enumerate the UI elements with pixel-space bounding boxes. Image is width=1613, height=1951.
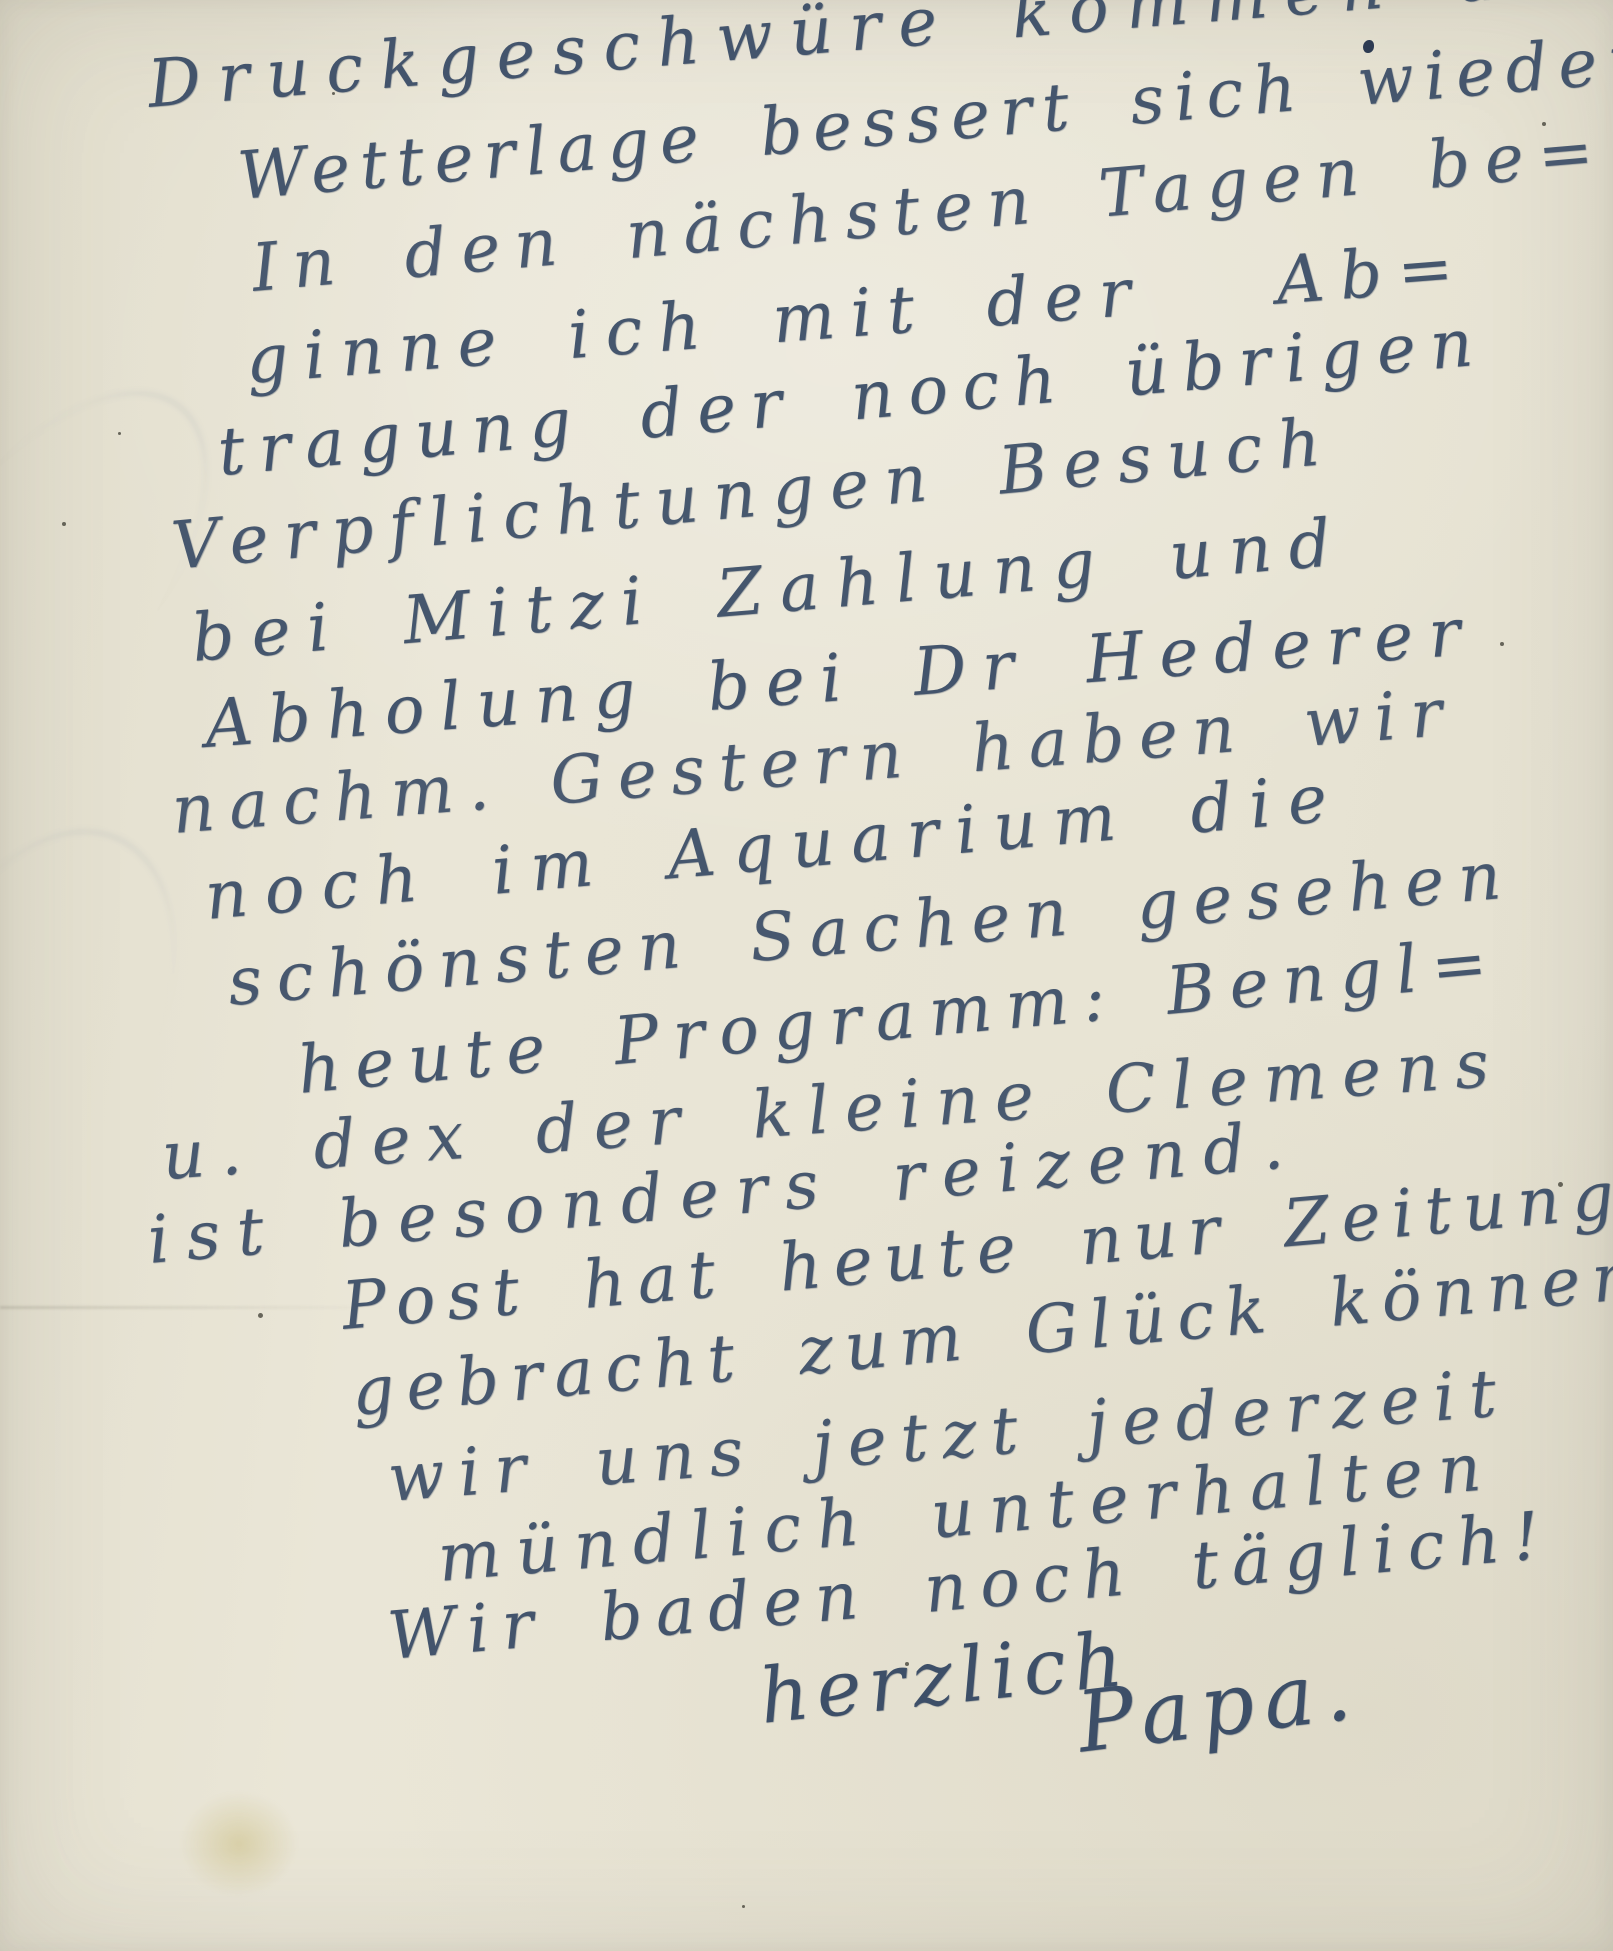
paper-speck <box>1558 1182 1563 1187</box>
paper-speck <box>1542 122 1546 126</box>
paper-speck <box>258 1313 263 1318</box>
letter-page: Druckgeschwüre kommen dieWetterlage bess… <box>0 0 1613 1951</box>
paper-speck <box>1500 642 1504 646</box>
paper-speck <box>1208 1482 1211 1485</box>
paper-speck <box>62 522 66 526</box>
paper-speck <box>905 1662 909 1666</box>
fold-crease <box>0 1306 385 1309</box>
paper-speck <box>332 92 335 95</box>
paper-speck <box>742 1905 745 1908</box>
paper-speck <box>118 432 121 435</box>
stain <box>180 1792 298 1896</box>
